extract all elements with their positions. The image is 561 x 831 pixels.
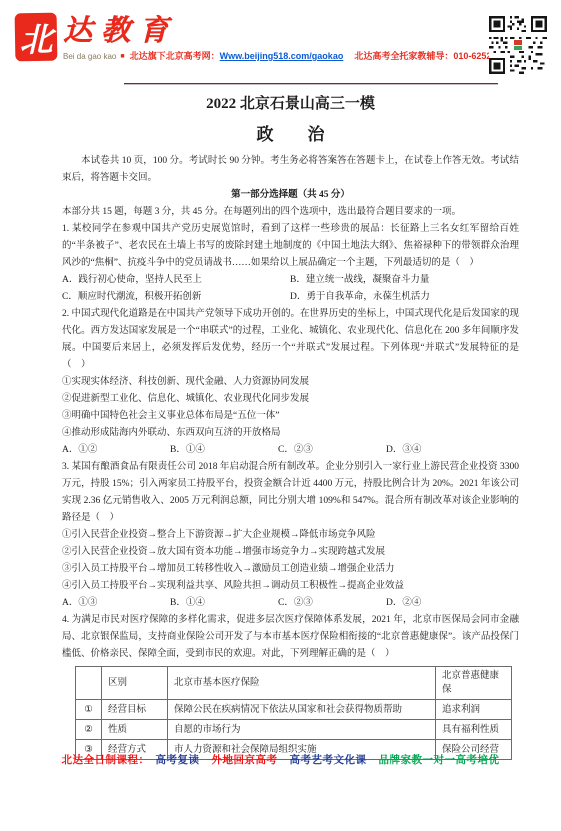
header-divider <box>124 83 498 85</box>
choice-b: B．①④ <box>170 595 278 612</box>
choice-d: D．③④ <box>386 442 421 459</box>
question-3-item-2: ②引入民营企业投资→放大国有资本功能→增强市场竞争力→实现跨越式发展 <box>62 544 519 561</box>
question-2-item-3: ③明确中国特色社会主义事业总体布局是“五位一体” <box>62 408 519 425</box>
choice-c: C．②③ <box>278 442 386 459</box>
table-cell: 保障公民在疾病情况下依法从国家和社会获得物质帮助 <box>168 700 436 720</box>
exam-content: 2022 北京石景山高三一模 政 治 本试卷共 10 页，100 分。考试时长 … <box>62 94 519 760</box>
section-note: 本部分共 15 题，每题 3 分，共 45 分。在每题列出的四个选项中，选出最符… <box>62 204 519 221</box>
table-cell: 自愿的市场行为 <box>168 720 436 740</box>
question-2-item-4: ④推动形成陆海内外联动、东西双向互济的开放格局 <box>62 425 519 442</box>
question-3-item-3: ③引入员工持股平台→增加员工转移性收入→激励员工创造业绩→增强企业活力 <box>62 561 519 578</box>
tagline-label-1: 北达旗下北京高考网： <box>130 51 220 61</box>
subject-title: 政 治 <box>62 123 519 147</box>
option-a: A．践行初心使命，坚持人民至上 <box>62 272 290 289</box>
table-cell: 经营目标 <box>102 700 168 720</box>
footer-label: 北达全日制课程： <box>62 754 150 766</box>
table-cell: 具有福利性质 <box>436 720 512 740</box>
option-d: D．勇于自我革命，永葆生机活力 <box>290 289 430 306</box>
question-2-item-2: ②促进新型工业化、信息化、城镇化、农业现代化同步发展 <box>62 391 519 408</box>
footer-item-3: 高考艺考文化课 <box>290 754 367 766</box>
option-c: C．顺应时代潮流，积极开拓创新 <box>62 289 290 306</box>
question-4-stem: 4. 为满足市民对医疗保障的多样化需求，促进多层次医疗保障体系发展，2021 年… <box>62 612 519 663</box>
gaokao-site-link[interactable]: Www.beijing518.com/gaokao <box>220 51 344 61</box>
table-cell: 追求利润 <box>436 700 512 720</box>
table-cell: 区别 <box>102 667 168 700</box>
choice-c: C．②③ <box>278 595 386 612</box>
tagline-label-2: 北达高考全托家教辅导：010-62526900 <box>354 51 511 61</box>
question-3-item-1: ①引入民营企业投资→整合上下游资源→扩大企业规模→降低市场竞争风险 <box>62 527 519 544</box>
logo-pinyin: Bei da gao kao <box>63 52 116 61</box>
choice-a: A．①② <box>62 442 170 459</box>
question-1-options-row-2: C．顺应时代潮流，积极开拓创新 D．勇于自我革命，永葆生机活力 <box>62 289 519 306</box>
table-cell: ① <box>76 700 102 720</box>
question-1-stem: 1. 某校同学在参观中国共产党历史展览馆时，看到了这样一些珍贵的展品：长征路上三… <box>62 221 519 272</box>
table-header-row: 区别 北京市基本医疗保险 北京普惠健康保 <box>76 667 512 700</box>
qr-code <box>489 16 547 74</box>
table-cell: 性质 <box>102 720 168 740</box>
footer-item-4: 品牌家教一对一高考培优 <box>379 754 500 766</box>
table-cell: 北京普惠健康保 <box>436 667 512 700</box>
question-3-stem: 3. 某国有酿酒食品有限责任公司 2018 年启动混合所有制改革。企业分别引入一… <box>62 459 519 527</box>
logo-text: 达教育 <box>63 14 511 46</box>
table-cell: ② <box>76 720 102 740</box>
exam-page: 北 达教育 Bei da gao kao■北达旗下北京高考网：Www.beiji… <box>0 0 561 831</box>
footer-item-2: 外地回京高考 <box>212 754 278 766</box>
question-2-item-1: ①实现实体经济、科技创新、现代金融、人力资源协同发展 <box>62 374 519 391</box>
footer-banner: 北达全日制课程：高考复读外地回京高考高考艺考文化课品牌家教一对一高考培优 <box>0 752 561 767</box>
question-3-choices: A．①③ B．①④ C．②③ D．②④ <box>62 595 519 612</box>
logo-seal-icon: 北 <box>16 14 57 61</box>
footer-item-1: 高考复读 <box>156 754 200 766</box>
page-title: 2022 北京石景山高三一模 <box>62 94 519 114</box>
table-row: ② 性质 自愿的市场行为 具有福利性质 <box>76 720 512 740</box>
table-cell <box>76 667 102 700</box>
choice-a: A．①③ <box>62 595 170 612</box>
question-2-stem: 2. 中国式现代化道路是在中国共产党领导下成功开创的。在世界历史的坐标上，中国式… <box>62 306 519 374</box>
brand-logo: 北 达教育 Bei da gao kao■北达旗下北京高考网：Www.beiji… <box>16 14 547 62</box>
table-row: ① 经营目标 保障公民在疾病情况下依法从国家和社会获得物质帮助 追求利润 <box>76 700 512 720</box>
choice-b: B．①④ <box>170 442 278 459</box>
question-4-table: 区别 北京市基本医疗保险 北京普惠健康保 ① 经营目标 保障公民在疾病情况下依法… <box>75 666 512 760</box>
section-title: 第一部分选择题（共 45 分） <box>62 187 519 204</box>
table-cell: 北京市基本医疗保险 <box>168 667 436 700</box>
question-3-item-4: ④引入员工持股平台→实现利益共享、风险共担→调动员工积极性→提高企业效益 <box>62 578 519 595</box>
choice-d: D．②④ <box>386 595 421 612</box>
red-square-bullet-icon: ■ <box>120 53 124 60</box>
option-b: B．建立统一战线，凝聚奋斗力量 <box>290 272 429 289</box>
question-2-choices: A．①② B．①④ C．②③ D．③④ <box>62 442 519 459</box>
exam-instructions: 本试卷共 10 页，100 分。考试时长 90 分钟。考生务必将答案答在答题卡上… <box>62 153 519 187</box>
question-1-options-row-1: A．践行初心使命，坚持人民至上 B．建立统一战线，凝聚奋斗力量 <box>62 272 519 289</box>
header: 北 达教育 Bei da gao kao■北达旗下北京高考网：Www.beiji… <box>16 14 547 76</box>
header-tagline: Bei da gao kao■北达旗下北京高考网：Www.beijing518.… <box>63 49 511 62</box>
